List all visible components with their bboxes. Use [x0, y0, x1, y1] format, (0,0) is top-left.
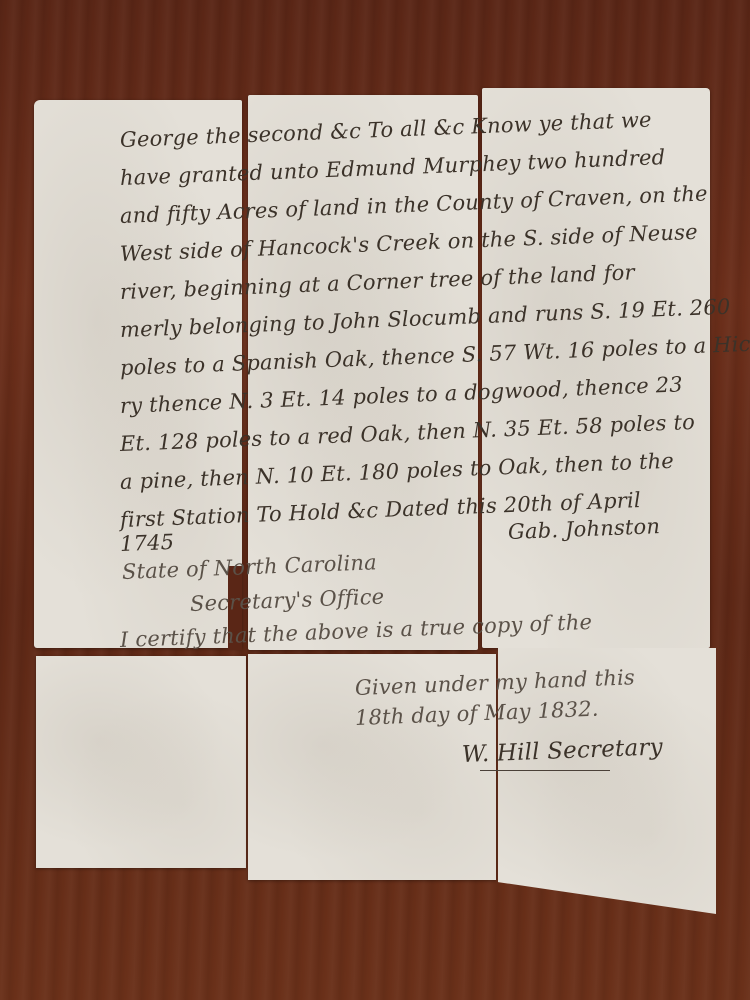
grant-line-10: a pine, then N. 10 Et. 180 poles to Oak,…	[120, 449, 675, 494]
cert-statement: I certify that the above is a true copy …	[120, 610, 593, 652]
grant-signature: Gab. Johnston	[508, 514, 661, 544]
cert-given: Given under my hand this	[355, 665, 636, 700]
grant-line-1: George the second &c To all &c Know ye t…	[120, 108, 653, 152]
grant-line-2: have granted unto Edmund Murphey two hun…	[120, 145, 666, 190]
cert-office: Secretary's Office	[190, 585, 385, 616]
grant-date-year: 1745	[120, 530, 175, 556]
grant-line-3: and fifty Acres of land in the County of…	[120, 181, 709, 228]
handwritten-text: George the second &c To all &c Know ye t…	[0, 0, 750, 1000]
grant-line-5: river, beginning at a Corner tree of the…	[120, 260, 636, 304]
grant-line-4: West side of Hancock's Creek on the S. s…	[120, 220, 699, 266]
cert-state: State of North Carolina	[122, 550, 378, 584]
grant-line-8: ry thence N. 3 Et. 14 poles to a dogwood…	[120, 372, 684, 418]
grant-line-9: Et. 128 poles to a red Oak, then N. 35 E…	[120, 410, 696, 456]
signature-underline	[480, 770, 610, 771]
cert-signature: W. Hill Secretary	[462, 734, 664, 768]
cert-date: 18th day of May 1832.	[355, 697, 600, 730]
grant-line-6: merly belonging to John Slocumb and runs…	[120, 295, 731, 342]
